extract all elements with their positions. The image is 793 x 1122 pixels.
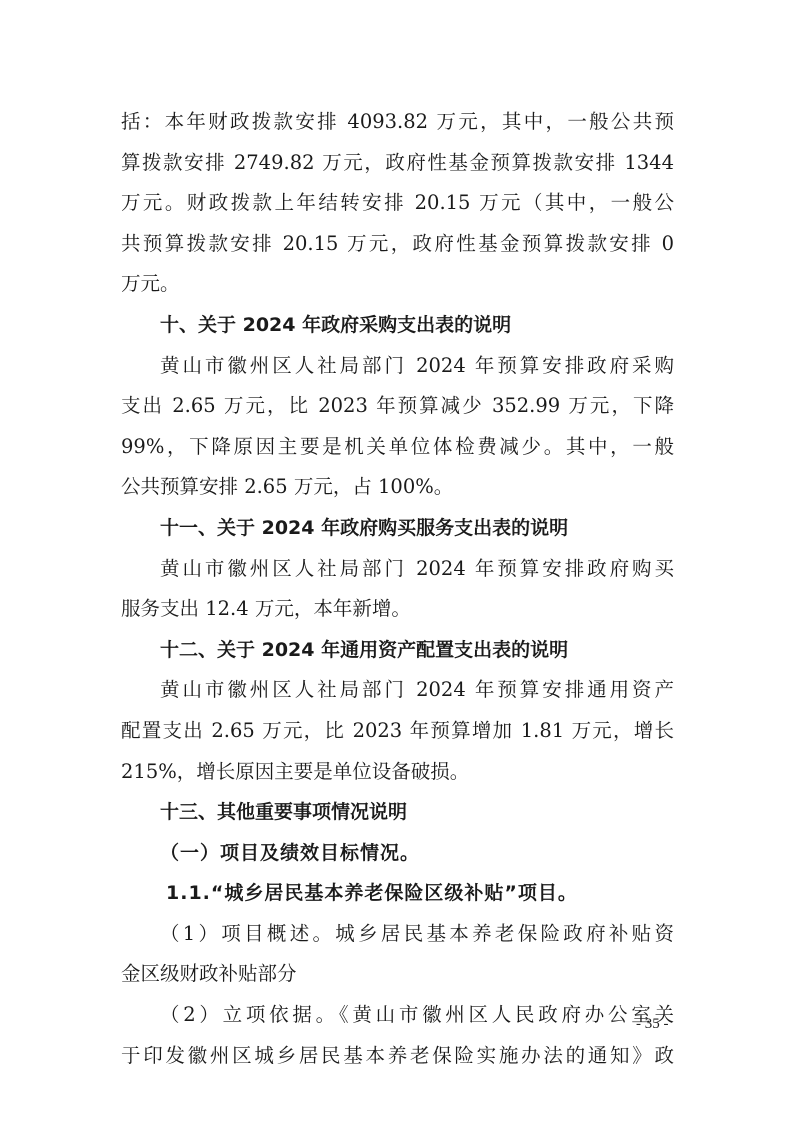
- subsection-heading: （一）项目及绩效目标情况。: [121, 833, 674, 874]
- section-heading-10: 十、关于 2024 年政府采购支出表的说明: [121, 305, 674, 346]
- body-line: 99%，下降原因主要是机关单位体检费减少。其中，一般: [121, 427, 674, 468]
- body-line: 金区级财政补贴部分: [121, 954, 674, 995]
- page-number: - 35 -: [636, 1016, 669, 1033]
- body-line: 黄山市徽州区人社局部门 2024 年预算安排政府采购: [121, 346, 674, 387]
- body-line: 万元。财政拨款上年结转安排 20.15 万元（其中，一般公: [121, 183, 674, 224]
- project-heading: 1.1.“城乡居民基本养老保险区级补贴”项目。: [121, 873, 674, 914]
- document-body: 括：本年财政拨款安排 4093.82 万元，其中，一般公共预 算拨款安排 274…: [121, 102, 674, 1076]
- body-line: 黄山市徽州区人社局部门 2024 年预算安排通用资产: [121, 670, 674, 711]
- body-line: （2）立项依据。《黄山市徽州区人民政府办公室关: [121, 995, 674, 1036]
- section-heading-12: 十二、关于 2024 年通用资产配置支出表的说明: [121, 630, 674, 671]
- body-line: 支出 2.65 万元，比 2023 年预算减少 352.99 万元，下降: [121, 386, 674, 427]
- section-heading-11: 十一、关于 2024 年政府购买服务支出表的说明: [121, 508, 674, 549]
- body-line: 于印发徽州区城乡居民基本养老保险实施办法的通知》政: [121, 1036, 674, 1077]
- body-line: 万元。: [121, 264, 674, 305]
- body-line: （1）项目概述。城乡居民基本养老保险政府补贴资: [121, 914, 674, 955]
- body-line: 黄山市徽州区人社局部门 2024 年预算安排政府购买: [121, 549, 674, 590]
- body-line: 215%，增长原因主要是单位设备破损。: [121, 752, 674, 793]
- document-page: 括：本年财政拨款安排 4093.82 万元，其中，一般公共预 算拨款安排 274…: [0, 0, 793, 1122]
- body-line: 共预算拨款安排 20.15 万元，政府性基金预算拨款安排 0: [121, 224, 674, 265]
- section-heading-13: 十三、其他重要事项情况说明: [121, 792, 674, 833]
- body-line: 括：本年财政拨款安排 4093.82 万元，其中，一般公共预: [121, 102, 674, 143]
- body-line: 公共预算安排 2.65 万元，占 100%。: [121, 467, 674, 508]
- body-line: 算拨款安排 2749.82 万元，政府性基金预算拨款安排 1344: [121, 143, 674, 184]
- body-line: 配置支出 2.65 万元，比 2023 年预算增加 1.81 万元，增长: [121, 711, 674, 752]
- body-line: 服务支出 12.4 万元，本年新增。: [121, 589, 674, 630]
